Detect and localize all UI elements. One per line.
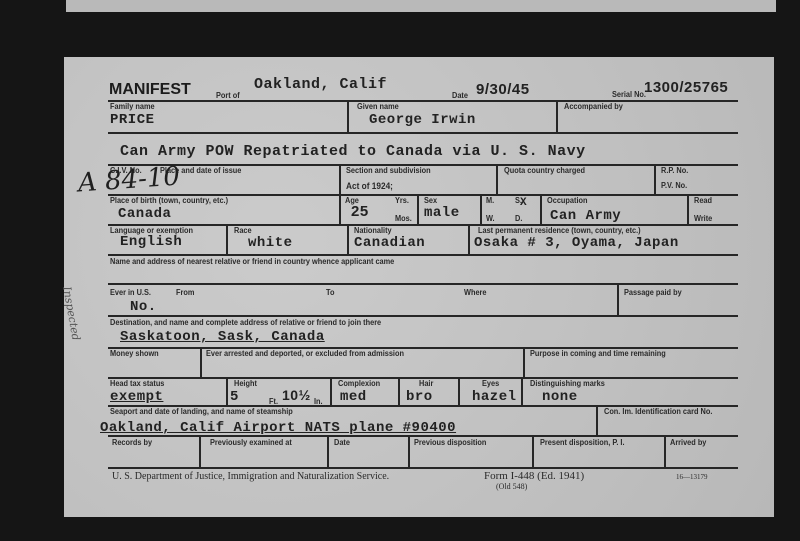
section-label: Section and subdivision — [346, 166, 431, 175]
footer-old-form: (Old 548) — [496, 482, 527, 491]
distinguishing-marks-value: none — [542, 389, 578, 405]
divider — [226, 224, 228, 254]
single-mark: X — [520, 197, 527, 209]
divider — [523, 347, 525, 377]
divider — [617, 283, 619, 315]
height-inches-value: 10½ — [282, 387, 311, 403]
divider — [327, 435, 329, 467]
given-name-label: Given name — [357, 102, 399, 111]
footer-agency: U. S. Department of Justice, Immigration… — [112, 471, 389, 482]
seaport-label: Seaport and date of landing, and name of… — [110, 407, 293, 416]
id-card-label: Con. Im. Identification card No. — [604, 407, 712, 416]
family-name-value: PRICE — [110, 112, 155, 128]
divider — [417, 194, 419, 224]
present-disposition-label: Present disposition, P. I. — [540, 438, 625, 447]
divider — [108, 254, 738, 256]
accompanied-by-label: Accompanied by — [564, 102, 623, 111]
divorced-label: D. — [515, 214, 522, 223]
date-label: Date — [452, 91, 468, 100]
family-name-label: Family name — [110, 102, 155, 111]
divider — [458, 377, 460, 405]
nationality-label: Nationality — [354, 226, 392, 235]
widowed-label: W. — [486, 214, 495, 223]
divider — [654, 164, 656, 194]
race-label: Race — [234, 226, 252, 235]
divider — [199, 435, 201, 467]
date-examined-label: Date — [334, 438, 350, 447]
divider — [540, 194, 542, 224]
complexion-label: Complexion — [338, 379, 380, 388]
previous-frame-edge — [66, 0, 776, 12]
destination-label: Destination, and name and complete addre… — [110, 318, 381, 327]
previous-disposition-label: Previous disposition — [414, 438, 486, 447]
divider — [496, 164, 498, 194]
where-label: Where — [464, 288, 486, 297]
divider — [108, 283, 738, 285]
sex-value: male — [424, 205, 460, 221]
months-label: Mos. — [395, 214, 412, 223]
divider — [398, 377, 400, 405]
divider — [200, 347, 202, 377]
divider — [556, 100, 558, 132]
previously-examined-label: Previously examined at — [210, 438, 292, 447]
divider — [687, 194, 689, 224]
records-by-label: Records by — [112, 438, 152, 447]
last-residence-value: Osaka # 3, Oyama, Japan — [474, 235, 679, 251]
rp-number-label: R.P. No. — [661, 166, 688, 175]
date-value: 9/30/45 — [476, 81, 530, 98]
hair-value: bro — [406, 389, 433, 405]
divider — [532, 435, 534, 467]
race-value: white — [248, 235, 293, 251]
distinguishing-marks-label: Distinguishing marks — [530, 379, 605, 388]
height-feet-value: 5 — [230, 389, 239, 405]
from-label: From — [176, 288, 194, 297]
nationality-value: Canadian — [354, 235, 425, 251]
section-value: Act of 1924; — [346, 181, 393, 191]
arrived-by-label: Arrived by — [670, 438, 706, 447]
pv-number-label: P.V. No. — [661, 181, 687, 190]
divider — [339, 164, 341, 194]
head-tax-label: Head tax status — [110, 379, 164, 388]
eyes-label: Eyes — [482, 379, 499, 388]
occupation-value: Can Army — [550, 208, 621, 224]
divider — [480, 194, 482, 224]
divider — [521, 377, 523, 405]
sex-label: Sex — [424, 196, 437, 205]
divider — [108, 100, 738, 102]
port-value: Oakland, Calif — [254, 76, 387, 93]
divider — [468, 224, 470, 254]
divider — [596, 405, 598, 435]
write-label: Write — [694, 214, 712, 223]
serial-label: Serial No. — [612, 90, 646, 99]
money-shown-label: Money shown — [110, 349, 159, 358]
divider — [347, 224, 349, 254]
married-label: M. — [486, 196, 494, 205]
footer-print-code: 16—13179 — [676, 473, 708, 481]
quota-country-label: Quota country charged — [504, 166, 585, 175]
hair-label: Hair — [419, 379, 433, 388]
divider — [664, 435, 666, 467]
divider — [330, 377, 332, 405]
repatriation-note: Can Army POW Repatriated to Canada via U… — [120, 143, 586, 160]
divider — [108, 467, 738, 469]
manifest-card: MANIFEST Port of Oakland, Calif Date 9/3… — [64, 57, 774, 517]
divider — [226, 377, 228, 405]
footer-form-number: Form I-448 (Ed. 1941) — [484, 470, 584, 482]
seaport-value: Oakland, Calif Airport NATS plane #90400 — [100, 420, 456, 436]
handwritten-margin-note: Inspected — [60, 285, 82, 341]
ever-in-us-label: Ever in U.S. — [110, 288, 151, 297]
purpose-label: Purpose in coming and time remaining — [530, 349, 666, 358]
head-tax-value: exempt — [110, 389, 163, 405]
ever-in-us-value: No. — [130, 299, 157, 315]
nearest-relative-label: Name and address of nearest relative or … — [110, 257, 394, 266]
divider — [108, 132, 738, 134]
arrested-deported-label: Ever arrested and deported, or excluded … — [206, 349, 404, 358]
to-label: To — [326, 288, 334, 297]
last-residence-label: Last permanent residence (town, country,… — [478, 226, 641, 235]
height-label: Height — [234, 379, 257, 388]
serial-value: 1300/25765 — [644, 79, 728, 96]
passage-paid-label: Passage paid by — [624, 288, 682, 297]
birthplace-value: Canada — [118, 206, 171, 222]
years-label: Yrs. — [395, 196, 409, 205]
given-name-value: George Irwin — [369, 112, 476, 128]
complexion-value: med — [340, 389, 367, 405]
read-label: Read — [694, 196, 712, 205]
divider — [108, 435, 738, 437]
manifest-title: MANIFEST — [109, 81, 191, 99]
divider — [108, 224, 738, 226]
occupation-label: Occupation — [547, 196, 587, 205]
handwritten-annotation: A 84-10 — [77, 161, 181, 198]
divider — [408, 435, 410, 467]
port-label: Port of — [216, 91, 240, 100]
birthplace-label: Place of birth (town, country, etc.) — [110, 196, 228, 205]
divider — [108, 315, 738, 317]
destination-value: Saskatoon, Sask, Canada — [120, 329, 325, 345]
language-value: English — [120, 234, 182, 250]
divider — [347, 100, 349, 132]
divider — [339, 194, 341, 224]
eyes-value: hazel — [472, 389, 517, 405]
age-value: 25 — [351, 203, 369, 220]
